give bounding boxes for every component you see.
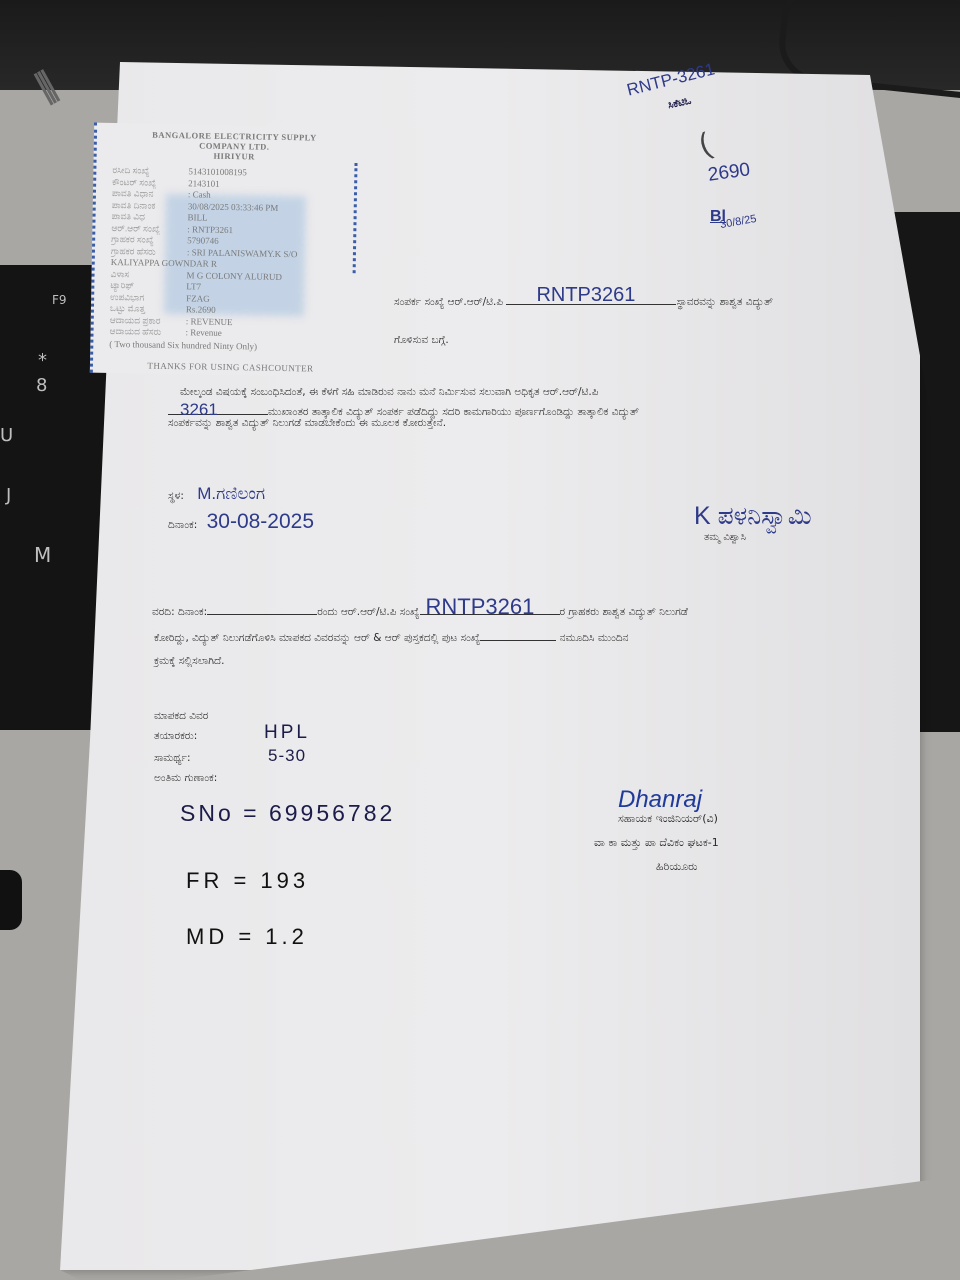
subject-line-2: ಗೊಳಿಸುವ ಬಗ್ಗೆ. <box>394 334 449 347</box>
meter-make-label: ತಯಾರಕರು: <box>154 730 197 743</box>
key-f9: F9 <box>52 293 67 307</box>
body-line-3: ಸಂಪರ್ಕವನ್ನು ಶಾಶ್ವತ ವಿದ್ಯುತ್ ನಿಲುಗಡೆ ಮಾಡಬ… <box>168 417 446 430</box>
body-line-1: ಮೇಲ್ಕಂಡ ವಿಷಯಕ್ಕೆ ಸಂಬಂಧಿಸಿದಂತೆ, ಈ ಕೆಳಗೆ ಸ… <box>180 386 598 399</box>
meter-final-reading-label: ಅಂತಿಮ ಗುಣಾಂಕ: <box>154 772 217 785</box>
date-value: 30-08-2025 <box>207 510 314 533</box>
engineer-signature: Dhanraj <box>618 786 702 814</box>
key-u: U <box>0 425 13 446</box>
report-line-2: ಕೋರಿದ್ದು, ವಿದ್ಯುತ್ ನಿಲುಗಡೆಗೊಳಿಸಿ ಮಾಪಕದ ವ… <box>154 632 628 645</box>
maximum-demand: MD = 1.2 <box>186 924 308 950</box>
report-line-3: ಕ್ರಮಕ್ಕೆ ಸಲ್ಲಿಸಲಾಗಿದೆ. <box>154 655 225 668</box>
key-star: * <box>38 350 47 371</box>
receipt-row-label: ಆದಾಯದ ಹೆಸರು <box>109 326 185 339</box>
key-j: J <box>6 485 11 506</box>
final-reading: FR = 193 <box>186 868 309 894</box>
pen <box>0 870 22 930</box>
engineer-title: ಸಹಾಯಕ ಇಂಜಿನಿಯರ್(ವಿ) <box>618 812 718 826</box>
meter-serial-number: SNo = 69956782 <box>180 800 395 827</box>
key-8: 8 <box>36 375 47 396</box>
engineer-unit: ವಾ ಕಾ ಮತ್ತು ಪಾ ದೆವಿಕಂ ಘಟಕ-1 <box>594 836 719 850</box>
place-value: M.ಗಣಿಲಂಗ <box>197 484 265 503</box>
report-rr-number: RNTP3261 <box>426 594 535 620</box>
meter-capacity-label: ಸಾಮರ್ಥ್ಯ: <box>154 752 190 765</box>
subject-line-1: ಸಂಪರ್ಕ ಸಂಖ್ಯೆ ಆರ್.ಆರ್/ಟಿ.ಪಿ RNTP3261ಸ್ಥಾ… <box>394 296 773 309</box>
payment-receipt: ||| BANGALORE ELECTRICITY SUPPLY COMPANY… <box>90 123 366 378</box>
key-m: M <box>34 543 51 567</box>
engineer-place: ಹಿರಿಯೂರು <box>656 860 697 874</box>
company-name: BANGALORE ELECTRICITY SUPPLY COMPANY LTD… <box>113 129 356 163</box>
meter-capacity-value: 5-30 <box>268 746 306 766</box>
receipt-rows: ರಸೀದಿ ಸಂಖ್ಯೆ5143101008195ಕೌಂಟರ್ ಸಂಖ್ಯೆ21… <box>109 165 355 342</box>
date-row: ದಿನಾಂಕ: 30-08-2025 <box>168 510 314 534</box>
meter-make-value: HPL <box>264 722 310 744</box>
applicant-label: ತಮ್ಮ ವಿಶ್ವಾಸಿ <box>704 532 746 543</box>
report-line-1: ವರದಿ: ದಿನಾಂಕ:ರಂದು ಆರ್.ಆರ್/ಟಿ.ಪಿ ಸಂಖ್ಯೆRN… <box>152 606 688 619</box>
meter-heading: ಮಾಪಕದ ವಿವರ <box>154 710 208 723</box>
subject-rr-number: RNTP3261 <box>536 284 635 307</box>
thanks-message: THANKS FOR USING CASHCOUNTER <box>109 360 352 376</box>
place-row: ಸ್ಥಳ: M.ಗಣಿಲಂಗ <box>168 484 265 504</box>
applicant-signature: K ಪಳನಿಸ್ವಾಮಿ <box>694 502 812 531</box>
